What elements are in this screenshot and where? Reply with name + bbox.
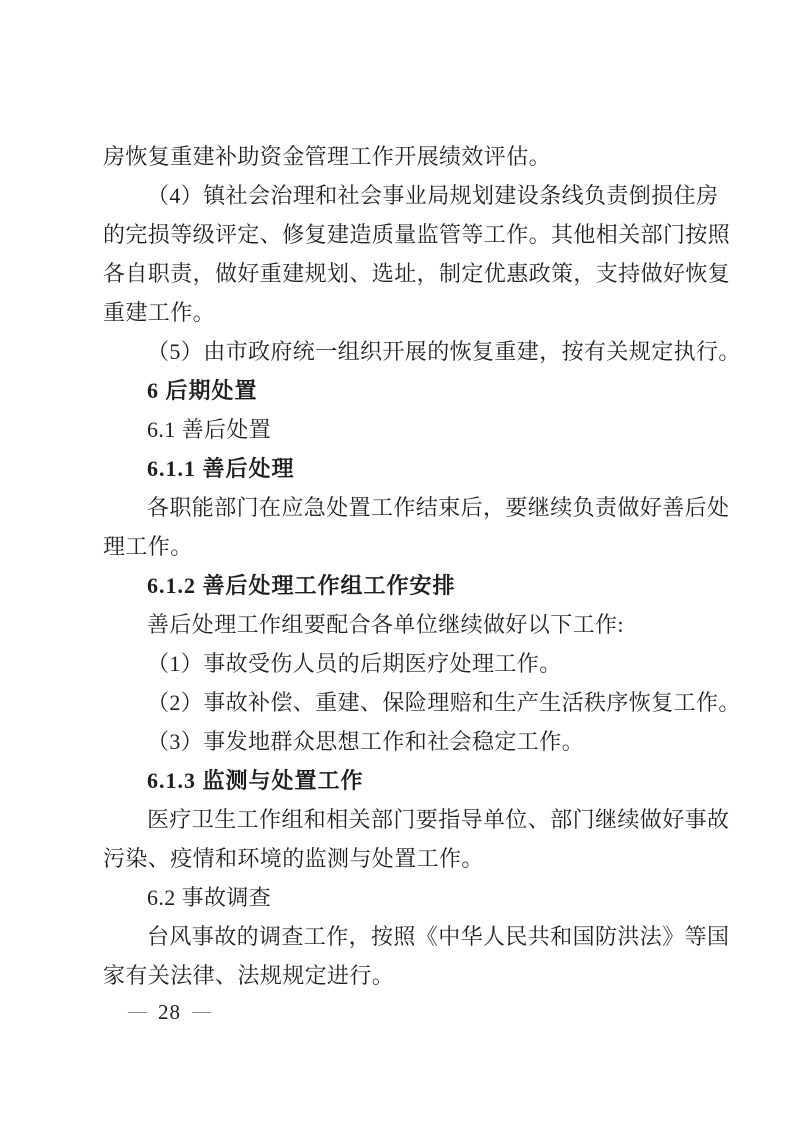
heading-section-6-1-3: 6.1.3 监测与处置工作 [103, 761, 707, 800]
paragraph-line: （5）由市政府统一组织开展的恢复重建，按有关规定执行。 [103, 332, 707, 371]
paragraph-line: 的完损等级评定、修复建造质量监管等工作。其他相关部门按照 [103, 215, 707, 254]
paragraph-line: 各自职责，做好重建规划、选址，制定优惠政策，支持做好恢复 [103, 254, 707, 293]
heading-section-6-1: 6.1 善后处置 [103, 410, 707, 449]
paragraph-line: 污染、疫情和环境的监测与处置工作。 [103, 839, 707, 878]
heading-section-6-2: 6.2 事故调查 [103, 878, 707, 917]
paragraph-line: 各职能部门在应急处置工作结束后，要继续负责做好善后处 [103, 488, 707, 527]
document-page: 房恢复重建补助资金管理工作开展绩效评估。 （4）镇社会治理和社会事业局规划建设条… [0, 0, 793, 1122]
page-number: 28 [158, 1000, 181, 1024]
paragraph-line: （1）事故受伤人员的后期医疗处理工作。 [103, 644, 707, 683]
paragraph-line: 家有关法律、法规规定进行。 [103, 956, 707, 995]
paragraph-line: （2）事故补偿、重建、保险理赔和生产生活秩序恢复工作。 [103, 683, 707, 722]
document-body: 房恢复重建补助资金管理工作开展绩效评估。 （4）镇社会治理和社会事业局规划建设条… [103, 137, 707, 995]
paragraph-line: 台风事故的调查工作，按照《中华人民共和国防洪法》等国 [103, 917, 707, 956]
page-footer: — 28 — [128, 1000, 211, 1024]
paragraph-line: （3）事发地群众思想工作和社会稳定工作。 [103, 722, 707, 761]
paragraph-line: 善后处理工作组要配合各单位继续做好以下工作: [103, 605, 707, 644]
footer-dash-right: — [192, 1000, 211, 1024]
paragraph-line: 房恢复重建补助资金管理工作开展绩效评估。 [103, 137, 707, 176]
paragraph-line: 医疗卫生工作组和相关部门要指导单位、部门继续做好事故 [103, 800, 707, 839]
paragraph-line: 重建工作。 [103, 293, 707, 332]
heading-section-6: 6 后期处置 [103, 371, 707, 410]
heading-section-6-1-1: 6.1.1 善后处理 [103, 449, 707, 488]
footer-dash-left: — [128, 1000, 147, 1024]
heading-section-6-1-2: 6.1.2 善后处理工作组工作安排 [103, 566, 707, 605]
paragraph-line: 理工作。 [103, 527, 707, 566]
paragraph-line: （4）镇社会治理和社会事业局规划建设条线负责倒损住房 [103, 176, 707, 215]
